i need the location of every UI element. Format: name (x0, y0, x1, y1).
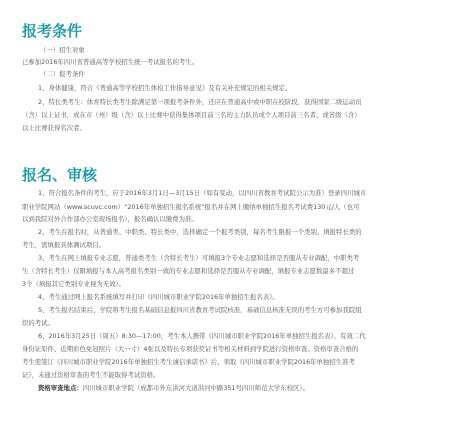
text-line: 2、考生在报名时，从普通类、中职类、特长类中，选择确定一个报考类别，每名考生限报… (38, 228, 362, 236)
text-line: 1、身体健康，符合《普通高等学校招生体检工作指导意见》及有关补充规定的相关规定。 (38, 84, 291, 92)
text-line: 考生需签订《四川城市职业学院2016年单独招生考生诚信承诺书》后，领取《四川城市… (22, 358, 355, 366)
text-line: 3个（填报其它类别专业视为无效）。 (22, 280, 125, 288)
text-line: 身份证原件、近期彩色免冠照片（大一寸）4张以及特长专项获奖证书等相关材料到学院进… (22, 345, 358, 353)
text-line: （一）招生对象 (40, 46, 85, 54)
document-page: 报考条件 （一）招生对象 已参加2016年四川省普通高等学校招生统一考试报名的考… (0, 0, 450, 427)
text-line: 职业学院网站（www.scuvc.com）“2016年单独招生报名系统”报名并在… (22, 203, 359, 211)
text-line: 1、符合报名条件的考生，应于2016年3月1日—3月15日（如有变动，以四川省教… (38, 189, 366, 197)
text-line: 5、考生报名结束后，学院将考生报名基础信息报四川省教育考试院核准，基础信息核准无… (38, 306, 362, 314)
text-line: （二）报考条件 (40, 70, 85, 78)
text-line: 已参加2016年四川省普通高等学校招生统一考试报名的考生。 (22, 58, 198, 66)
text-line: 生（含特长考生）仅限填报与本人高考报名类别一致的专业志愿和选择是否服从专业调配，… (22, 267, 354, 275)
heading-registration-review: 报名、审核 (22, 166, 97, 184)
text-line: 考生，需填报具体测试项目。 (22, 241, 105, 249)
text-line: 以到我院对外合作部办公室现场报名），报名确认以缴费为准。 (22, 215, 198, 223)
text-line: 以上比赛获得名次者。 (22, 124, 86, 132)
heading-requirements: 报考条件 (22, 22, 82, 40)
text-line: 证》，未通过资格审查的考生不能取得考试资格。 (22, 371, 159, 379)
text-line: 3、考生在网上填报专业志愿，普通类考生（含特长考生）可填报3个专业志愿和选择是否… (38, 254, 359, 262)
text-line: 4、考生通过网上报名系统填写并打印《四川城市职业学院2016年单独招生报名表》。 (38, 293, 279, 301)
venue-label: 资格审查地点： (38, 384, 83, 392)
venue-line: 资格审查地点：四川城市职业学院（成都市外东洪河大道洪河中路351号四川师范大学东… (38, 384, 309, 392)
text-line: 2、特长类考生：体育特长类考生除满足第一项报考条件外，还应在普通高中或中职在校阶… (38, 98, 362, 106)
text-line: 织的考试。 (22, 319, 54, 327)
text-line: （含）以上证书，或在市（州）级（含）以上比赛中获得集体项目前三名的主力队员或个人… (22, 111, 361, 119)
text-line: 6、2016年3月25日（周五）8:30—17:00，考生本人携带《四川城市职业… (38, 332, 366, 340)
venue-text: 四川城市职业学院（成都市外东洪河大道洪河中路351号四川师范大学东校区）。 (83, 384, 309, 392)
